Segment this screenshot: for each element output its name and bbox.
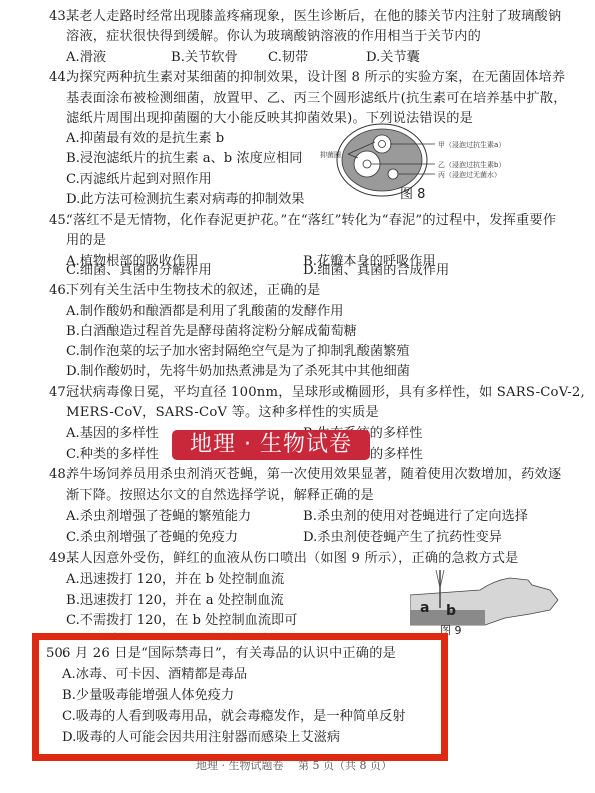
question-45-stem: “落红不是无情物，化作春泥更护花。”在“落红”转化为“春泥”的过程中，发挥重要作 xyxy=(66,212,556,230)
question-49-option-a: A.迅速拨打 120，并在 b 处控制血流 xyxy=(66,571,284,589)
question-47-stem: MERS-CoV，SARS-CoV 等。这种多样性的实质是 xyxy=(66,404,379,422)
question-43-option-b: B.关节软骨 xyxy=(171,49,238,67)
question-46-option-b: B.白酒酿造过程首先是酵母菌将淀粉分解成葡萄糖 xyxy=(66,323,357,341)
question-43-stem: 某老人走路时经常出现膝盖疼痛现象，医生诊断后，在他的膝关节内注射了玻璃酸钠 xyxy=(66,8,561,26)
question-44-option-b: B.浸泡滤纸片的抗生素 a、b 浓度应相同 xyxy=(66,150,302,168)
question-43-option-d: D.关节囊 xyxy=(366,49,420,67)
question-48-stem: 渐下降。按照达尔文的自然选择学说，解释正确的是 xyxy=(66,487,374,505)
figure-8-label-bing: 丙（浸泡过无菌水） xyxy=(438,170,501,180)
question-44-option-a: A.抑菌最有效的是抗生素 b xyxy=(66,130,224,148)
question-50-option-b: B.少量吸毒能增强人体免疫力 xyxy=(62,687,234,705)
question-50-option-c: C.吸毒的人看到吸毒用品，就会毒瘾发作，是一种简单反射 xyxy=(62,708,406,726)
figure-9-label-a: a xyxy=(420,600,429,616)
question-44-option-d: D.此方法可检测抗生素对病毒的抑制效果 xyxy=(66,191,304,209)
question-44-stem: 基表面涂布被检测细菌，放置甲、乙、丙三个圆形滤纸片(抗生素可在培养基中扩散， xyxy=(66,90,567,108)
question-48-option-d: D.杀虫剂使苍蝇产生了抗药性变异 xyxy=(303,529,502,547)
question-49-option-b: B.迅速拨打 120，并在 a 处控制血流 xyxy=(66,592,284,610)
question-45-stem: 用的是 xyxy=(66,232,106,250)
watermark-banner: 地理 · 生物试卷 xyxy=(172,430,370,460)
page-footer: 地理 · 生物试题卷 第 5 页（共 8 页） xyxy=(196,757,392,773)
figure-8-label-jia: 甲（浸泡过抗生素a） xyxy=(438,140,505,150)
figure-8-label-ring: 抑菌圈 xyxy=(320,150,341,160)
arm-wound-illustration: a b xyxy=(410,570,560,630)
question-49-stem: 某人因意外受伤，鲜红的血液从伤口喷出（如图 9 所示），正确的急救方式是 xyxy=(66,550,519,568)
question-48-option-a: A.杀虫剂增强了苍蝇的繁殖能力 xyxy=(66,508,251,526)
question-46-option-a: A.制作酸奶和酿酒都是利用了乳酸菌的发酵作用 xyxy=(66,303,343,321)
question-47-option-c: C.种类的多样性 xyxy=(66,446,159,464)
question-44-stem: 为探究两种抗生素对某细菌的抑制效果，设计图 8 所示的实验方案，在无菌固体培养 xyxy=(66,69,565,87)
question-46-stem: 下列有关生活中生物技术的叙述，正确的是 xyxy=(66,282,320,300)
question-43-option-c: C.韧带 xyxy=(268,49,308,67)
question-49-option-c: C.不需拨打 120，在 b 处控制血流即可 xyxy=(66,612,297,630)
question-50-stem: 6 月 26 日是“国际禁毒日”，有关毒品的认识中正确的是 xyxy=(62,645,396,663)
figure-9-label-b: b xyxy=(446,603,456,619)
question-50-option-d: D.吸毒的人可能会因共用注射器而感染上艾滋病 xyxy=(62,729,340,747)
question-44-option-c: C.丙滤纸片起到对照作用 xyxy=(66,171,212,189)
question-47-option-a: A.基因的多样性 xyxy=(66,425,159,443)
question-48-option-c: C.杀虫剂增强了苍蝇的免疫力 xyxy=(66,529,238,547)
question-43-stem: 溶液，症状很快得到缓解。你认为玻璃酸钠溶液的作用相当于关节内的 xyxy=(66,28,481,46)
question-45-option-d: D.细菌、真菌的合成作用 xyxy=(303,262,449,280)
petri-dish-diagram xyxy=(330,118,540,198)
question-47-stem: 冠状病毒像日冕，平均直径 100nm，呈球形或椭圆形，具有多样性，如 SARS-… xyxy=(66,384,585,402)
figure-8-caption: 图 8 xyxy=(400,183,425,202)
question-48-option-b: B.杀虫剂的使用对苍蝇进行了定向选择 xyxy=(303,508,528,526)
figure-8-label-yi: 乙（浸泡过抗生素b） xyxy=(438,160,505,170)
question-45-option-c: C.细菌、真菌的分解作用 xyxy=(66,262,212,280)
question-46-option-c: C.制作泡菜的坛子加水密封隔绝空气是为了抑制乳酸菌繁殖 xyxy=(66,343,410,361)
question-46-option-d: D.制作酸奶时，先将牛奶加热煮沸是为了杀死其中其他细菌 xyxy=(66,363,410,381)
question-50-option-a: A.冰毒、可卡因、酒精都是毒品 xyxy=(62,666,247,684)
question-48-stem: 养牛场饲养员用杀虫剂消灭苍蝇，第一次使用效果显著，随着使用次数增加，药效逐 xyxy=(66,466,561,484)
question-43-option-a: A.滑液 xyxy=(66,49,106,67)
